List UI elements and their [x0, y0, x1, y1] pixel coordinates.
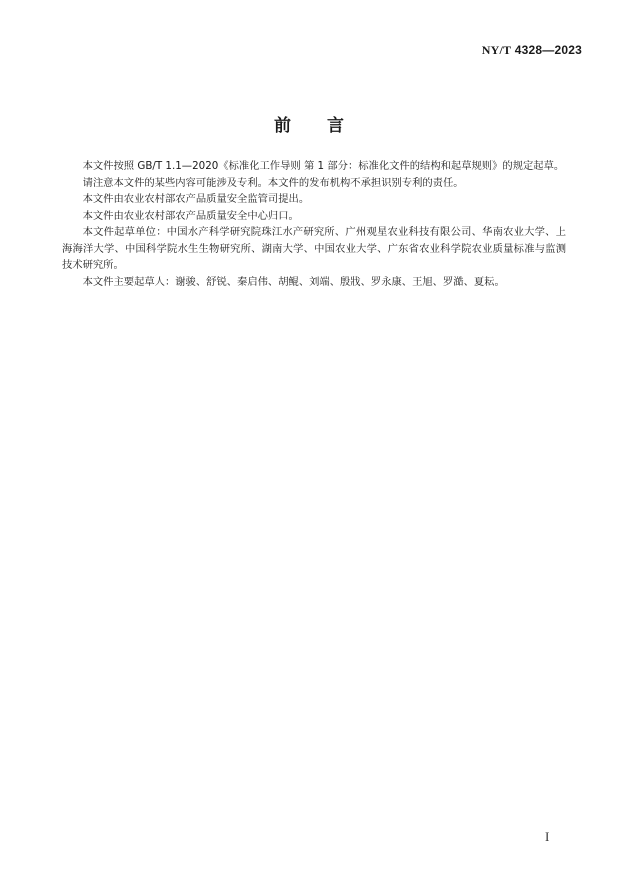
- paragraph-centralized-unit: 本文件由农业农村部农产品质量安全中心归口。: [62, 208, 566, 225]
- page-number: I: [545, 829, 549, 845]
- standard-code-prefix: NY/T: [482, 43, 511, 57]
- paragraph-proposer: 本文件由农业农村部农产品质量安全监管司提出。: [62, 191, 566, 208]
- standard-code: NY/T 4328—2023: [482, 43, 582, 58]
- paragraph-patent-notice: 请注意本文件的某些内容可能涉及专利。本文件的发布机构不承担识别专利的责任。: [62, 175, 566, 192]
- paragraph-drafting-units: 本文件起草单位：中国水产科学研究院珠江水产研究所、广州观星农业科技有限公司、华南…: [62, 224, 566, 274]
- page-title: 前言: [0, 111, 618, 136]
- paragraph-drafting-rules: 本文件按照 GB/T 1.1—2020《标准化工作导则 第 1 部分：标准化文件…: [62, 158, 566, 175]
- foreword-body: 本文件按照 GB/T 1.1—2020《标准化工作导则 第 1 部分：标准化文件…: [62, 158, 566, 290]
- paragraph-drafters: 本文件主要起草人：谢骏、舒锐、秦启伟、胡鲲、刘端、殷戕、罗永康、王旭、罗澔、夏耘…: [62, 274, 566, 291]
- standard-code-number: 4328—2023: [515, 43, 582, 57]
